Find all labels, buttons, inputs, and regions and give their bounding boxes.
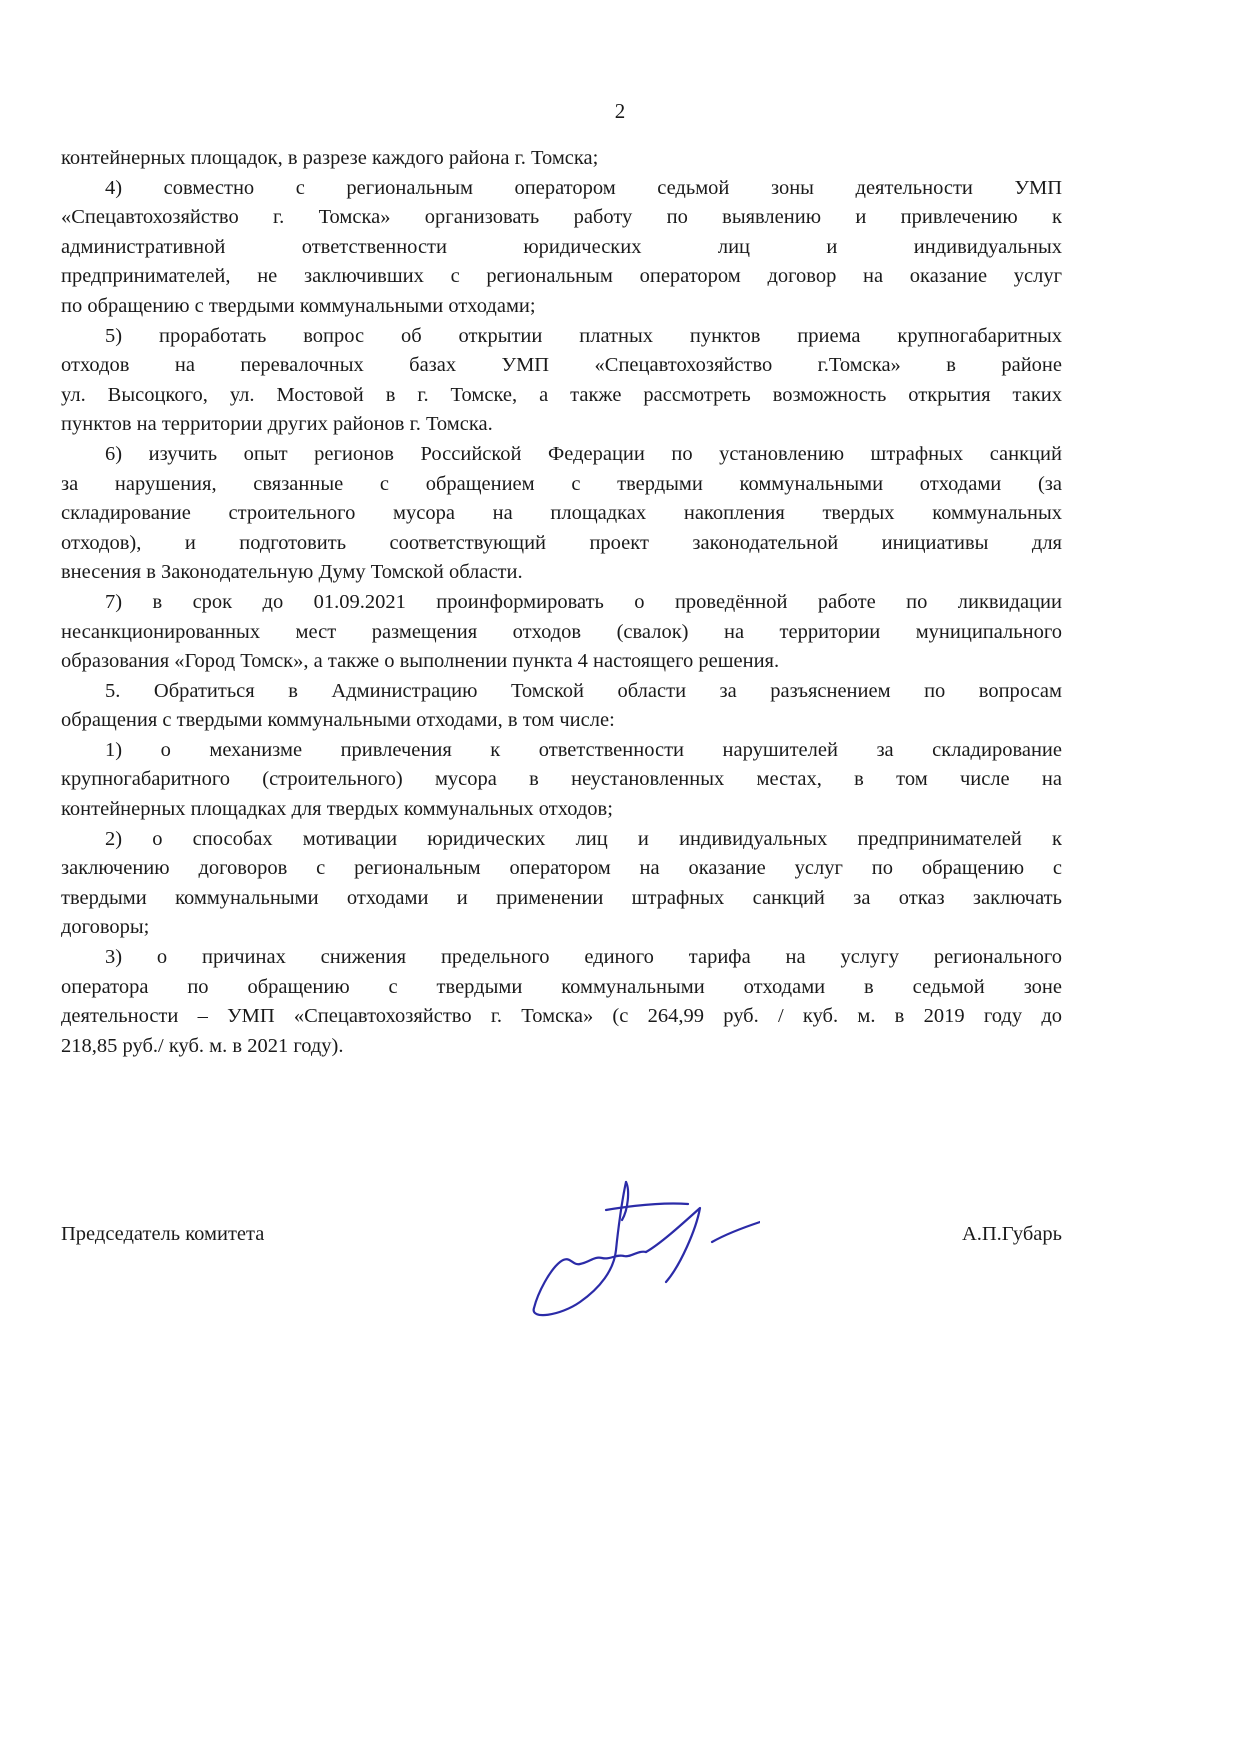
text-line-content: 6) изучить опыт регионов Российской Феде… xyxy=(61,440,1062,470)
text-line-content: за нарушения, связанные с обращением с т… xyxy=(61,470,1062,500)
text-line: 5. Обратиться в Администрацию Томской об… xyxy=(61,677,1062,707)
paragraph-section-5-item-1: 1) о механизме привлечения к ответственн… xyxy=(61,736,1062,825)
text-line: отходов), и подготовить соответствующий … xyxy=(61,529,1062,559)
text-line-content: 7) в срок до 01.09.2021 проинформировать… xyxy=(61,588,1062,618)
document-body: контейнерных площадок, в разрезе каждого… xyxy=(61,144,1062,1061)
text-line: заключению договоров с региональным опер… xyxy=(61,854,1062,884)
text-line: контейнерных площадках для твердых комму… xyxy=(61,795,1062,825)
paragraph-section-5-item-3: 3) о причинах снижения предельного едино… xyxy=(61,943,1062,1061)
signer-title: Председатель комитета xyxy=(61,1220,264,1248)
paragraph-section-5-item-2: 2) о способах мотивации юридических лиц … xyxy=(61,825,1062,943)
document-page: 2 контейнерных площадок, в разрезе каждо… xyxy=(0,0,1240,1753)
text-line: 6) изучить опыт регионов Российской Феде… xyxy=(61,440,1062,470)
text-line-content: предпринимателей, не заключивших с регио… xyxy=(61,262,1062,292)
text-line: деятельности – УМП «Спецавтохозяйство г.… xyxy=(61,1002,1062,1032)
text-line: крупногабаритного (строительного) мусора… xyxy=(61,765,1062,795)
text-line-content: заключению договоров с региональным опер… xyxy=(61,854,1062,884)
paragraph-section-5: 5. Обратиться в Администрацию Томской об… xyxy=(61,677,1062,736)
text-line: 218,85 руб./ куб. м. в 2021 году). xyxy=(61,1032,1062,1062)
text-line: несанкционированных мест размещения отхо… xyxy=(61,618,1062,648)
text-line: контейнерных площадок, в разрезе каждого… xyxy=(61,144,1062,174)
text-line-content: обращения с твердыми коммунальными отход… xyxy=(61,706,1062,736)
text-line-content: отходов на перевалочных базах УМП «Спеца… xyxy=(61,351,1062,381)
text-line: отходов на перевалочных базах УМП «Спеца… xyxy=(61,351,1062,381)
text-line: 5) проработать вопрос об открытии платны… xyxy=(61,322,1062,352)
text-line: договоры; xyxy=(61,913,1062,943)
text-line-content: административной ответственности юридиче… xyxy=(61,233,1062,263)
text-line: 4) совместно с региональным оператором с… xyxy=(61,174,1062,204)
text-line: ул. Высоцкого, ул. Мостовой в г. Томске,… xyxy=(61,381,1062,411)
text-line-content: отходов), и подготовить соответствующий … xyxy=(61,529,1062,559)
text-line-content: оператора по обращению с твердыми коммун… xyxy=(61,973,1062,1003)
signer-name: А.П.Губарь xyxy=(962,1220,1062,1248)
text-line-content: 2) о способах мотивации юридических лиц … xyxy=(61,825,1062,855)
text-line-content: по обращению с твердыми коммунальными от… xyxy=(61,292,1062,322)
text-line: пунктов на территории других районов г. … xyxy=(61,410,1062,440)
text-line-content: 1) о механизме привлечения к ответственн… xyxy=(61,736,1062,766)
text-line-content: 5) проработать вопрос об открытии платны… xyxy=(61,322,1062,352)
text-line: 2) о способах мотивации юридических лиц … xyxy=(61,825,1062,855)
paragraph-item-6: 6) изучить опыт регионов Российской Феде… xyxy=(61,440,1062,588)
text-line-content: складирование строительного мусора на пл… xyxy=(61,499,1062,529)
text-line: административной ответственности юридиче… xyxy=(61,233,1062,263)
text-line-content: договоры; xyxy=(61,913,1062,943)
text-line: оператора по обращению с твердыми коммун… xyxy=(61,973,1062,1003)
text-line-content: 5. Обратиться в Администрацию Томской об… xyxy=(61,677,1062,707)
text-line-content: 3) о причинах снижения предельного едино… xyxy=(61,943,1062,973)
text-line-content: внесения в Законодательную Думу Томской … xyxy=(61,558,1062,588)
text-line: внесения в Законодательную Думу Томской … xyxy=(61,558,1062,588)
text-line-content: контейнерных площадках для твердых комму… xyxy=(61,795,1062,825)
text-line-content: контейнерных площадок, в разрезе каждого… xyxy=(61,144,1062,174)
text-line-content: крупногабаритного (строительного) мусора… xyxy=(61,765,1062,795)
text-line-content: твердыми коммунальными отходами и примен… xyxy=(61,884,1062,914)
page-number: 2 xyxy=(0,99,1240,123)
text-line: предпринимателей, не заключивших с регио… xyxy=(61,262,1062,292)
text-line-content: несанкционированных мест размещения отхо… xyxy=(61,618,1062,648)
text-line-content: «Спецавтохозяйство г. Томска» организова… xyxy=(61,203,1062,233)
text-line: образования «Город Томск», а также о вып… xyxy=(61,647,1062,677)
text-line: по обращению с твердыми коммунальными от… xyxy=(61,292,1062,322)
text-line-content: образования «Город Томск», а также о вып… xyxy=(61,647,1062,677)
text-line: 7) в срок до 01.09.2021 проинформировать… xyxy=(61,588,1062,618)
text-line-content: деятельности – УМП «Спецавтохозяйство г.… xyxy=(61,1002,1062,1032)
text-line-content: ул. Высоцкого, ул. Мостовой в г. Томске,… xyxy=(61,381,1062,411)
paragraph-item-7: 7) в срок до 01.09.2021 проинформировать… xyxy=(61,588,1062,677)
text-line: обращения с твердыми коммунальными отход… xyxy=(61,706,1062,736)
text-line-content: 218,85 руб./ куб. м. в 2021 году). xyxy=(61,1032,1062,1062)
text-line: 1) о механизме привлечения к ответственн… xyxy=(61,736,1062,766)
text-line: твердыми коммунальными отходами и примен… xyxy=(61,884,1062,914)
signature-row: Председатель комитета А.П.Губарь xyxy=(61,1220,1062,1260)
text-line: «Спецавтохозяйство г. Томска» организова… xyxy=(61,203,1062,233)
text-line: за нарушения, связанные с обращением с т… xyxy=(61,470,1062,500)
text-line-content: 4) совместно с региональным оператором с… xyxy=(61,174,1062,204)
paragraph-item-5: 5) проработать вопрос об открытии платны… xyxy=(61,322,1062,440)
text-line-content: пунктов на территории других районов г. … xyxy=(61,410,1062,440)
paragraph-continuation: контейнерных площадок, в разрезе каждого… xyxy=(61,144,1062,174)
text-line: складирование строительного мусора на пл… xyxy=(61,499,1062,529)
paragraph-item-4: 4) совместно с региональным оператором с… xyxy=(61,174,1062,322)
text-line: 3) о причинах снижения предельного едино… xyxy=(61,943,1062,973)
